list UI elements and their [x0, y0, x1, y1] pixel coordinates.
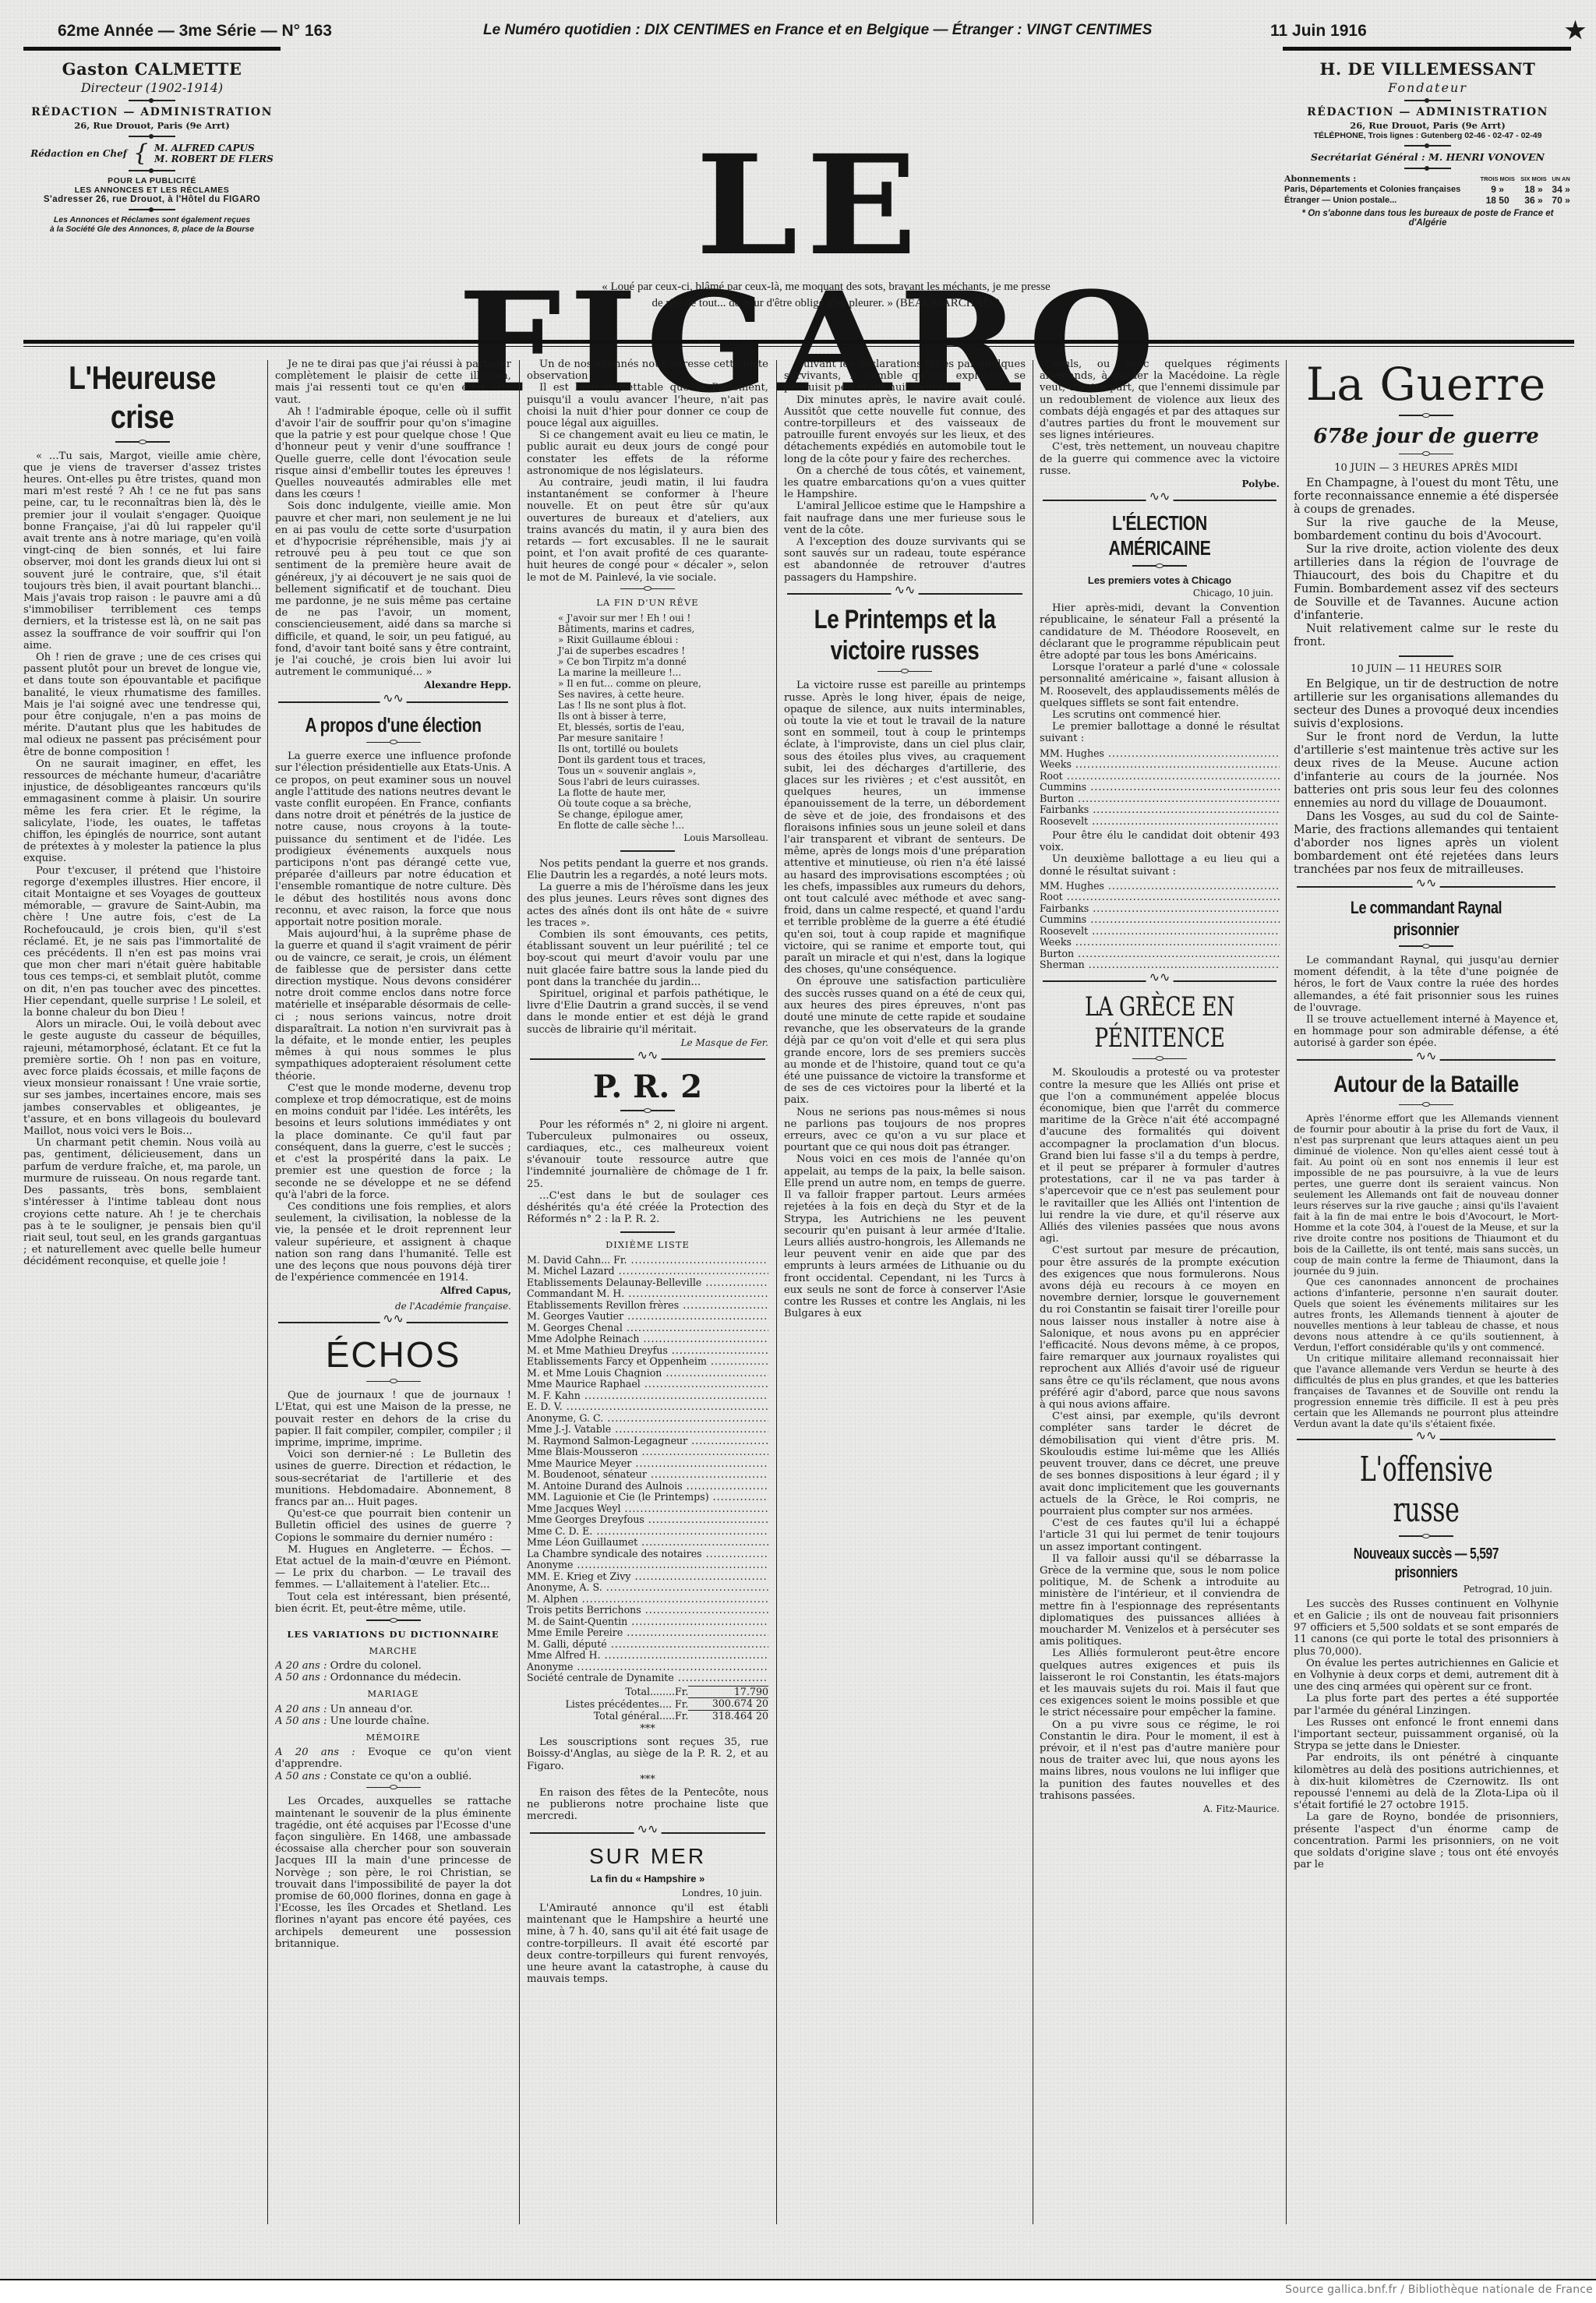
paragraph: Après l'énorme effort que les Allemands … [1294, 1113, 1559, 1277]
row-name: Mme Maurice Raphael [527, 1379, 768, 1390]
column-divider [776, 360, 777, 2224]
row-name: M. de Saint-Quentin [527, 1616, 768, 1628]
poem-line: En flotte de calle sèche !... [558, 820, 768, 831]
paragraph: Pour les réformés n° 2, ni gloire ni arg… [527, 1119, 768, 1190]
row-name: Roosevelt [1040, 926, 1280, 938]
row-name: Mme Alfred H. [527, 1650, 768, 1662]
poem-line: » Il en fut... comme on pleure, [558, 678, 768, 689]
ornament-icon [1132, 1058, 1187, 1060]
column-4: Suivant les déclarations faites par quel… [784, 359, 1026, 2252]
donor-row: Mme Léon Guillaumet100 [527, 1537, 768, 1549]
donor-row: M. Raymond Salmon-Legagneur100 [527, 1436, 768, 1447]
donor-row: Etablissements Farcy et Oppenheim300 [527, 1356, 768, 1368]
brace-icon: { [133, 142, 148, 165]
ornament-icon [1399, 415, 1453, 416]
founder-role: Fondateur [1283, 80, 1573, 95]
row-name: M. Galli, député [527, 1639, 768, 1651]
donor-row: Mme Emile Pereire1.000 [527, 1627, 768, 1639]
row-name: Mme Emile Pereire [527, 1627, 768, 1639]
row-name: Burton [1040, 793, 1280, 805]
source-credit: Source gallica.bnf.fr / Bibliothèque nat… [1285, 2284, 1593, 2296]
list-title: DIXIÈME LISTE [527, 1239, 768, 1251]
total-amount: 300.674 20 [688, 1698, 768, 1711]
total-label: Total........Fr. [527, 1686, 688, 1698]
donor-row: Anonyme50 [527, 1559, 768, 1571]
chief-label: Rédaction en Chef [30, 148, 127, 159]
donor-row: La Chambre syndicale des notaires5.000 [527, 1549, 768, 1560]
echo-paragraph: Tout cela est intéressant, bien présenté… [275, 1591, 511, 1615]
totals-table: Total........Fr.17.790Listes précédentes… [527, 1686, 768, 1722]
wave-separator [527, 1054, 768, 1065]
paragraph: Il est bien regrettable que le Parlement… [527, 382, 768, 429]
row-name: Mme Adolphe Reinach [527, 1333, 768, 1345]
bulletin-paragraph: Dans les Vosges, au sud du col de Sainte… [1294, 811, 1559, 877]
ornament-icon [129, 136, 175, 137]
poem-line: Ses navires, à cette heure. [558, 689, 768, 700]
dictionary-entries: MARCHEA 20 ans : Ordre du colonel.A 50 a… [275, 1645, 511, 1782]
poem-line: Par mesure sanitaire ! [558, 733, 768, 744]
separator [620, 1231, 675, 1233]
donor-row: Anonyme, G. C.50 [527, 1413, 768, 1425]
pr2-note: Les souscriptions sont reçues 35, rue Bo… [527, 1736, 768, 1772]
row-name: Anonyme [527, 1662, 768, 1673]
donor-row: M. de Saint-Quentin50 [527, 1616, 768, 1628]
article-body: « ...Tu sais, Margot, vieille amie chère… [23, 450, 261, 1268]
total-row: Listes précédentes.... Fr.300.674 20 [527, 1698, 768, 1711]
founder-name: H. DE VILLEMESSANT [1283, 59, 1573, 79]
paragraph: Sois donc indulgente, vieille amie. Mon … [275, 500, 511, 678]
paragraph: Nos petits pendant la guerre et nos gran… [527, 858, 768, 881]
ads-note: à la Société Gle des Annonces, 8, place … [23, 224, 281, 234]
motto-line: de rire de tout... de peur d'être obligé… [436, 295, 1216, 312]
row-name: MM. Hughes [1040, 748, 1280, 760]
ballot-row: Fairbanks74 [1040, 804, 1280, 816]
header-left-block: Gaston CALMETTE Directeur (1902-1914) RÉ… [23, 59, 281, 234]
ornament-icon [1399, 945, 1453, 947]
bulletin-paragraph: Sur la rive droite, action violente des … [1294, 543, 1559, 623]
row-name: Mme Jacques Weyl [527, 1503, 768, 1515]
row-name: Etablissements Revillon frères [527, 1300, 768, 1312]
donor-row: M. David Cahn... Fr.2.000 [527, 1255, 768, 1266]
masthead-rule [23, 340, 1574, 344]
donor-row: Société centrale de Dynamite1.000 [527, 1673, 768, 1684]
ballot-row: Roosevelt65 [1040, 816, 1280, 828]
paragraph: L'amiral Jellicoe estime que le Hampshir… [784, 500, 1026, 536]
orcades-paragraph: Les Orcades, auxquelles se rattache main… [275, 1796, 511, 1950]
column-6: La Guerre 678e jour de guerre 10 JUIN — … [1294, 359, 1559, 2252]
masque-body: Nos petits pendant la guerre et nos gran… [527, 858, 768, 1036]
donor-row: M. et Mme Louis Chagnion20 [527, 1368, 768, 1379]
row-name: Mme Maurice Meyer [527, 1458, 768, 1470]
row-name: Anonyme, A. S. [527, 1582, 768, 1594]
paragraph: Je ne te dirai pas que j'ai réussi à par… [275, 359, 511, 406]
secretariat: Secrétariat Général : M. HENRI VONOVEN [1283, 151, 1573, 163]
chief-name: M. ROBERT DE FLERS [154, 154, 274, 164]
ballot-row: MM. Hughes253 voix [1040, 748, 1280, 760]
dictionary-word: MÉMOIRE [275, 1732, 511, 1743]
ornament-icon [620, 1110, 675, 1111]
row-name: M. et Mme Louis Chagnion [527, 1368, 768, 1379]
poem-line: « J'avoir sur mer ! Eh ! oui ! [558, 613, 768, 623]
article-body-continued: seuls, ou avec quelques régiments allema… [1040, 359, 1280, 477]
ornament-icon [366, 742, 421, 744]
row-name: Burton [1040, 948, 1280, 960]
donor-row: Mme Georges Dreyfous50 [527, 1514, 768, 1526]
donor-row: Mme Adolphe Reinach100 [527, 1333, 768, 1345]
poem-line: J'ai de superbes escadres ! [558, 645, 768, 656]
paragraph: On ne saurait imaginer, en effet, les re… [23, 758, 261, 865]
paragraph: Les scrutins ont commencé hier. [1040, 709, 1280, 721]
wave-separator [1294, 1434, 1559, 1445]
paragraph: Dix minutes après, le navire avait coulé… [784, 394, 1026, 465]
stars-separator: *** [527, 1723, 768, 1735]
bulletin-paragraph: Nuit relativement calme sur le reste du … [1294, 623, 1559, 649]
donor-row: Mme Maurice Raphael500 [527, 1379, 768, 1390]
row-name: Mme J.-J. Vatable [527, 1424, 768, 1436]
telephone: TÉLÉPHONE, Trois lignes : Gutenberg 02-4… [1283, 131, 1573, 140]
poem-line: Sous l'abri de leurs cuirasses. [558, 776, 768, 787]
subscription-note: * On s'abonne dans tous les bureaux de p… [1283, 209, 1573, 228]
donor-row: MM. E. Krieg et Zivy200 [527, 1571, 768, 1583]
donor-row: M. Georges Vautier200 [527, 1311, 768, 1323]
wave-separator [784, 588, 1026, 599]
column-divider [1033, 360, 1033, 2224]
article-title: L'Heureuse crise [41, 359, 243, 436]
paragraph: Les Alliés formuleront peut-être encore … [1040, 1648, 1280, 1718]
poem-line: Ils ont à bisser à terre, [558, 711, 768, 722]
paragraph: Un charmant petit chemin. Nous voilà au … [23, 1137, 261, 1267]
donor-row: Mme Alfred H.100 [527, 1650, 768, 1662]
total-amount: 17.790 [688, 1686, 768, 1698]
row-name: MM. E. Krieg et Zivy [527, 1571, 768, 1583]
ornament-icon [1399, 1535, 1453, 1537]
paragraph: M. Skouloudis a protesté ou va protester… [1040, 1067, 1280, 1245]
row-name: Mme Blais-Mousseron [527, 1446, 768, 1458]
paragraph: Ah ! l'admirable époque, celle où il suf… [275, 406, 511, 501]
paragraph: La plus forte part des pertes a été supp… [1294, 1693, 1559, 1716]
poem-line: Dont ils gardent tous et traces, [558, 754, 768, 765]
ornament-icon [366, 1620, 421, 1621]
paragraph: Le commandant Raynal, qui jusqu'au derni… [1294, 955, 1559, 1014]
issue-number: 62me Année — 3me Série — N° 163 [58, 22, 332, 41]
stars-separator: *** [527, 1774, 768, 1786]
row-name: M. Raymond Salmon-Legagneur [527, 1436, 768, 1447]
article-title: P. R. 2 [527, 1069, 768, 1105]
paragraph: On a pu vivre sous ce régime, le roi Con… [1040, 1719, 1280, 1802]
poem-line: La flotte de haute mer, [558, 787, 768, 798]
paragraph: Oh ! rien de grave ; une de ces crises q… [23, 652, 261, 758]
ballot-row: Weeks79 [1040, 937, 1280, 948]
period-header: UN AN [1549, 174, 1573, 184]
row-name: Weeks [1040, 759, 1280, 771]
paragraph: Au contraire, jeudi matin, il lui faudra… [527, 477, 768, 584]
paragraph: ...C'est dans le but de soulager ces dés… [527, 1190, 768, 1226]
paragraph: Il se trouve actuellement interné à Maye… [1294, 1014, 1559, 1050]
pub-line: LES ANNONCES ET LES RÉCLAMES [23, 185, 281, 195]
price-cell: 70 » [1549, 195, 1573, 206]
donor-row: Anonyme, A. S.10 [527, 1582, 768, 1594]
poem-line: La marine la meilleure !... [558, 667, 768, 678]
article-body: Hier après-midi, devant la Convention ré… [1040, 602, 1280, 744]
section-label: RÉDACTION — ADMINISTRATION [1283, 106, 1573, 118]
bulletin-body: En Belgique, un tir de destruction de no… [1294, 678, 1559, 877]
row-label: Étranger — Union postale... [1283, 195, 1478, 206]
dictionary-definition: A 20 ans : Un anneau d'or. [275, 1704, 511, 1715]
pr2-note: En raison des fêtes de la Pentecôte, nou… [527, 1787, 768, 1823]
row-name: La Chambre syndicale des notaires [527, 1549, 768, 1560]
row-name: Etablissements Farcy et Oppenheim [527, 1356, 768, 1368]
row-name: Root [1040, 771, 1280, 782]
ballot-table: MM. Hughes253 voixWeeks105Root103Cummins… [1040, 748, 1280, 828]
poem-signature: Louis Marsolleau. [527, 832, 768, 844]
paragraph: C'est, très nettement, un nouveau chapit… [1040, 441, 1280, 477]
ballot-row: Burton77 [1040, 793, 1280, 805]
paragraph: C'est ainsi, par exemple, qu'ils devront… [1040, 1411, 1280, 1517]
dictionary-definition: A 50 ans : Ordonnance du médecin. [275, 1672, 511, 1683]
donor-row: MM. Laguionie et Cie (le Printemps)500 [527, 1492, 768, 1503]
echos-body: Que de journaux ! que de journaux ! L'Et… [275, 1390, 511, 1615]
row-name: Trois petits Berrichons [527, 1605, 768, 1616]
row-name: Roosevelt [1040, 816, 1280, 828]
article-signature: Alfred Capus, [275, 1285, 511, 1297]
donor-row: Mme Blais-Mousseron200 [527, 1446, 768, 1458]
ornament-icon [1404, 100, 1451, 101]
paragraph: Un de nos abonnés nous adresse cette jus… [527, 359, 768, 382]
donor-row: Mme Maurice Meyer50 [527, 1458, 768, 1470]
row-name: Mme C. D. E. [527, 1526, 768, 1538]
paragraph: On éprouve une satisfaction particulière… [784, 976, 1026, 1106]
wave-separator [1040, 976, 1280, 987]
ballot-table: MM. Hughes328 voixRoot89Fairbanks88Cummi… [1040, 881, 1280, 971]
article-title: Autour de la Bataille [1314, 1070, 1539, 1100]
paragraph: Un deuxième ballottage a eu lieu qui a d… [1040, 853, 1280, 877]
poem-line: Se change, épilogue amer, [558, 809, 768, 820]
ornament-icon [115, 441, 170, 443]
wave-separator [1294, 881, 1559, 892]
donor-row: Mme C. D. E.2.000 [527, 1526, 768, 1538]
ads-note: Les Annonces et Réclames sont également … [23, 215, 281, 224]
paragraph: La guerre exerce une influence profonde … [275, 751, 511, 928]
article-subtitle: La fin du « Hampshire » [527, 1873, 768, 1884]
paragraph: La gare de Royno, bondée de prisonniers,… [1294, 1811, 1559, 1870]
row-name: Anonyme, G. C. [527, 1413, 768, 1425]
war-day: 678e jour de guerre [1294, 424, 1559, 449]
dictionary-definition: A 20 ans : Ordre du colonel. [275, 1660, 511, 1672]
paragraph: On évalue les pertes autrichiennes en Ga… [1294, 1658, 1559, 1694]
paragraph: Mais aujourd'hui, à la suprême phase de … [275, 928, 511, 1083]
paragraph: Nous voici en ces mois de l'année qu'on … [784, 1153, 1026, 1319]
ballot-row: Roosevelt81 [1040, 926, 1280, 938]
article-subtitle: Les premiers votes à Chicago [1040, 574, 1280, 586]
paragraph: Le premier ballottage a donné le résulta… [1040, 721, 1280, 744]
donor-row: M. Galli, député10 [527, 1639, 768, 1651]
column-divider [267, 360, 268, 2224]
subscription-label: Abonnements : [1283, 174, 1478, 184]
director-name: Gaston CALMETTE [23, 59, 281, 79]
bulletin-paragraph: En Champagne, à l'ouest du mont Têtu, un… [1294, 477, 1559, 517]
section-title: ÉCHOS [275, 1333, 511, 1376]
ornament-icon [129, 170, 175, 171]
price-cell: 9 » [1478, 184, 1518, 195]
article-body: M. Skouloudis a protesté ou va protester… [1040, 1067, 1280, 1802]
price-cell: 34 » [1549, 184, 1573, 195]
column-divider [519, 360, 520, 2224]
article-signature: A. Fitz-Maurice. [1040, 1803, 1280, 1815]
paragraph: Un critique militaire allemand reconnais… [1294, 1353, 1559, 1429]
total-label: Listes précédentes.... Fr. [527, 1698, 688, 1711]
motto: « Loué par ceux-ci, blâmé par ceux-là, m… [436, 279, 1216, 312]
donor-row: Mme J.-J. Vatable100 [527, 1424, 768, 1436]
article-body: La guerre exerce une influence profonde … [275, 751, 511, 1284]
header-rule-left [23, 47, 281, 51]
row-name: Fairbanks [1040, 804, 1280, 816]
wave-separator [275, 697, 511, 708]
row-name: Etablissements Delaunay-Belleville [527, 1277, 768, 1289]
row-name: M. Georges Chenal [527, 1323, 768, 1334]
paragraph: Lorsque l'orateur a parlé d'une « coloss… [1040, 662, 1280, 709]
row-name: Commandant M. H. [527, 1288, 768, 1300]
article-body-continued: Je ne te dirai pas que j'ai réussi à par… [275, 359, 511, 678]
motto-line: « Loué par ceux-ci, blâmé par ceux-là, m… [436, 279, 1216, 295]
ballot-row: Cummins83 [1040, 782, 1280, 793]
paragraph: Que ces canonnades annoncent de prochain… [1294, 1277, 1559, 1353]
article-subtitle: Nouveaux succès — 5,597 prisonniers [1322, 1545, 1529, 1582]
donor-row: Trois petits Berrichons20 [527, 1605, 768, 1616]
paragraph: Si ce changement avait eu lieu ce matin,… [527, 429, 768, 477]
wave-separator [1040, 495, 1280, 506]
poem-line: Ils ont, tortillé ou boulets [558, 744, 768, 754]
wave-separator [1294, 1054, 1559, 1065]
paragraph: Nous ne serions pas nous-mêmes si nous n… [784, 1107, 1026, 1154]
total-row: Total général.....Fr.318.464 20 [527, 1710, 768, 1722]
total-label: Total général.....Fr. [527, 1710, 688, 1722]
dictionary-word: MARCHE [275, 1645, 511, 1657]
dateline: Petrograd, 10 juin. [1294, 1584, 1552, 1595]
article-body: L'Amirauté annonce qu'il est établi main… [527, 1902, 768, 1985]
paragraph: « ...Tu sais, Margot, vieille amie chère… [23, 450, 261, 652]
ornament-icon [877, 671, 932, 673]
row-name: Anonyme [527, 1559, 768, 1571]
row-name: MM. Hughes [1040, 881, 1280, 892]
article-title: A propos d'une élection [298, 712, 487, 737]
newspaper-page: 62me Année — 3me Série — N° 163 Le Numér… [0, 0, 1596, 2280]
row-name: MM. Laguionie et Cie (le Printemps) [527, 1492, 768, 1503]
paragraph: C'est que le monde moderne, devenu trop … [275, 1083, 511, 1201]
dateline: Londres, 10 juin. [527, 1888, 762, 1899]
row-name: Root [1040, 892, 1280, 903]
address: 26, Rue Drouot, Paris (9e Arrt) [1283, 120, 1573, 131]
article-title: L'ÉLECTION AMÉRICAINE [1061, 510, 1259, 560]
donor-row: M. Georges Chenal50 [527, 1323, 768, 1334]
article-title: SUR MER [527, 1843, 768, 1870]
paragraph: L'Amirauté annonce qu'il est établi main… [527, 1902, 768, 1985]
top-info-line: 62me Année — 3me Série — N° 163 Le Numér… [47, 22, 1580, 45]
paragraph: Il va falloir aussi qu'il se débarrasse … [1040, 1553, 1280, 1648]
masthead-rule-thin [23, 346, 1574, 347]
ballot-row: Fairbanks88 [1040, 903, 1280, 915]
paragraph: Par endroits, ils ont pénétré à cinquant… [1294, 1752, 1559, 1811]
row-name: M. et Mme Mathieu Dreyfus [527, 1345, 768, 1357]
row-name: Weeks [1040, 937, 1280, 948]
echo-paragraph: Que de journaux ! que de journaux ! L'Et… [275, 1390, 511, 1449]
ballot-row: Root89 [1040, 892, 1280, 903]
chief-editors: Rédaction en Chef { M. ALFRED CAPUS M. R… [23, 142, 281, 165]
ornament-icon [129, 209, 175, 210]
column-divider [1286, 360, 1287, 2224]
ballot-row: Weeks105 [1040, 759, 1280, 771]
article-body: Les succès des Russes continuent en Volh… [1294, 1598, 1559, 1871]
total-amount: 318.464 20 [688, 1710, 768, 1722]
paragraph: Hier après-midi, devant la Convention ré… [1040, 602, 1280, 662]
ornament-icon [1132, 565, 1187, 567]
dictionary-definition: A 20 ans : Evoque ce qu'on vient d'appre… [275, 1747, 511, 1770]
ornament-icon [366, 1787, 421, 1789]
row-name: M. Georges Vautier [527, 1311, 768, 1323]
price-info: Le Numéro quotidien : DIX CENTIMES en Fr… [483, 22, 1152, 39]
donor-row: M. F. Kahn20 [527, 1390, 768, 1402]
chief-name: M. ALFRED CAPUS [154, 143, 274, 154]
paragraph: C'est de ces fautes qu'il lui a échappé … [1040, 1517, 1280, 1553]
paragraph: Suivant les déclarations faites par quel… [784, 359, 1026, 394]
poem-line: » Rixit Guillaume ébloui : [558, 634, 768, 645]
ballot-row: MM. Hughes328 voix [1040, 881, 1280, 892]
price-cell: 18 » [1518, 184, 1549, 195]
ornament-icon [1404, 168, 1451, 169]
poem: « J'avoir sur mer ! Eh ! oui !Bâtiments,… [527, 613, 768, 831]
article-body: Pour être élu le candidat doit obtenir 4… [1040, 830, 1280, 878]
ballot-row: Root103 [1040, 771, 1280, 782]
paragraph: Les succès des Russes continuent en Volh… [1294, 1598, 1559, 1658]
paragraph: Ces conditions une fois remplies, et alo… [275, 1201, 511, 1284]
poem-line: Tous un « souvenir anglais », [558, 765, 768, 776]
article-title: Le Printemps et la victoire russes [806, 604, 1004, 666]
paragraph: La victoire russe est pareille au printe… [784, 680, 1026, 976]
row-name: M. David Cahn... Fr. [527, 1255, 768, 1266]
donor-table: M. David Cahn... Fr.2.000M. Michel Lazar… [527, 1255, 768, 1684]
donor-row: E. D. V.500 [527, 1401, 768, 1413]
donor-row: Etablissements Delaunay-Belleville1.000 [527, 1277, 768, 1289]
echo-paragraph: Voici son dernier-né : Le Bulletin des u… [275, 1449, 511, 1508]
article-title: L'offensive russe [1331, 1450, 1522, 1531]
price-cell: 18 50 [1478, 195, 1518, 206]
donor-row: Commandant M. H.50 [527, 1288, 768, 1300]
paragraph: Les Russes ont enfoncé le front ennemi d… [1294, 1717, 1559, 1753]
ornament-icon [1399, 454, 1453, 455]
subscription-table: Abonnements : TROIS MOIS SIX MOIS UN AN … [1283, 174, 1573, 206]
section-title: La Guerre [1294, 359, 1559, 410]
star-icon: ★ [1565, 17, 1586, 44]
poem-line: Bâtiments, marins et cadres, [558, 623, 768, 634]
dateline: Chicago, 10 juin. [1040, 588, 1273, 599]
row-name: M. Michel Lazard [527, 1266, 768, 1277]
director-role: Directeur (1902-1914) [23, 80, 281, 95]
paragraph: Spirituel, original et parfois pathétiqu… [527, 988, 768, 1036]
ornament-icon [1404, 145, 1451, 147]
price-cell: 36 » [1518, 195, 1549, 206]
article-body: Le commandant Raynal, qui jusqu'au derni… [1294, 955, 1559, 1050]
column-3: Un de nos abonnés nous adresse cette jus… [527, 359, 768, 2252]
article-body: La victoire russe est pareille au printe… [784, 680, 1026, 1319]
row-name: Société centrale de Dynamite [527, 1673, 768, 1684]
ornament-icon [366, 1381, 421, 1383]
row-name: M. Antoine Durand des Aulnois [527, 1481, 768, 1492]
row-name: E. D. V. [527, 1401, 768, 1413]
period-header: SIX MOIS [1518, 174, 1549, 184]
paragraph: Alors un miracle. Oui, le voilà debout a… [23, 1019, 261, 1137]
paragraph: Pour être élu le candidat doit obtenir 4… [1040, 830, 1280, 853]
bulletin-heading: 10 JUIN — 11 HEURES SOIR [1294, 663, 1559, 675]
donor-row: M. Alphen20 [527, 1594, 768, 1605]
